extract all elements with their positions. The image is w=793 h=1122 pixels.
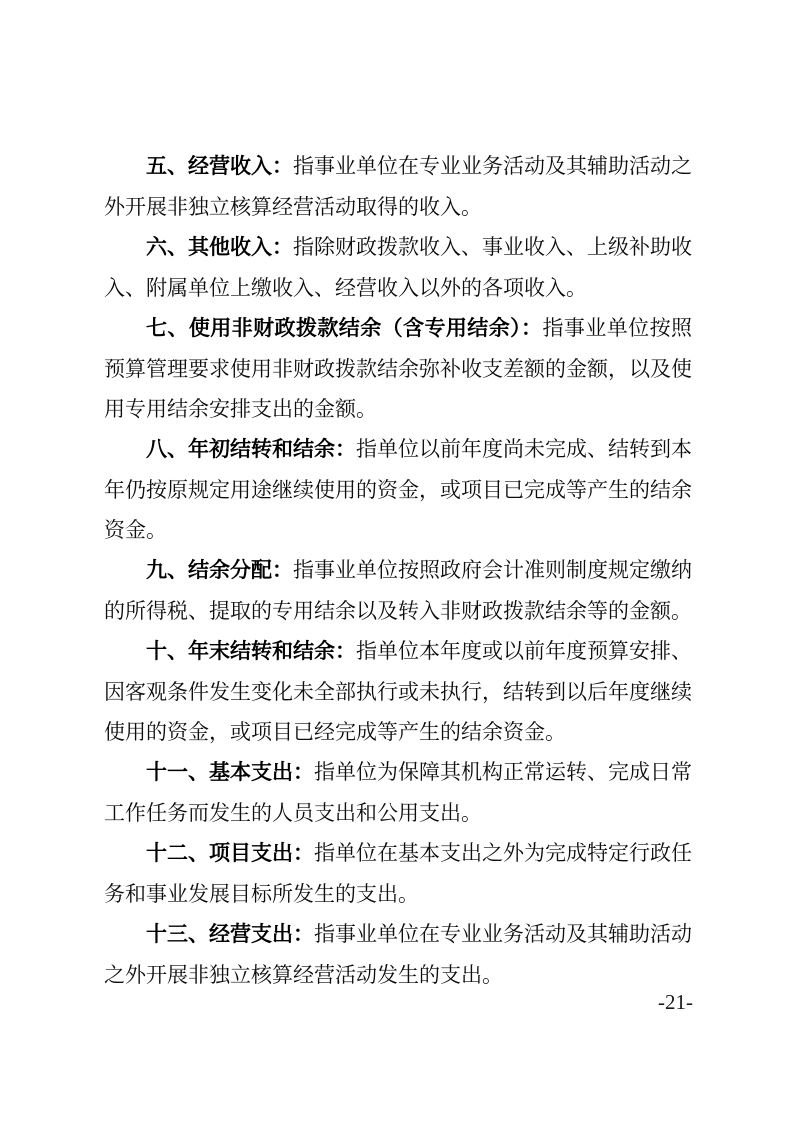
definition-paragraph: 十三、经营支出：指事业单位在专业业务活动及其辅助活动之外开展非独立核算经营活动发… bbox=[104, 914, 692, 995]
document-page: 五、经营收入：指事业单位在专业业务活动及其辅助活动之外开展非独立核算经营活动取得… bbox=[0, 0, 793, 1122]
term-label: 九、结余分配： bbox=[146, 559, 293, 582]
definition-paragraph: 七、使用非财政拨款结余（含专用结余）：指事业单位按照预算管理要求使用非财政拨款结… bbox=[104, 308, 692, 429]
term-label: 十三、经营支出： bbox=[146, 923, 314, 946]
term-label: 五、经营收入： bbox=[146, 155, 293, 178]
definition-paragraph: 十一、基本支出：指单位为保障其机构正常运转、完成日常工作任务而发生的人员支出和公… bbox=[104, 752, 692, 833]
term-label: 十一、基本支出： bbox=[146, 761, 314, 784]
term-label: 七、使用非财政拨款结余（含专用结余）： bbox=[146, 317, 542, 340]
term-label: 十二、项目支出： bbox=[146, 842, 314, 865]
term-label: 六、其他收入： bbox=[146, 236, 293, 259]
definition-paragraph: 十、年末结转和结余：指单位本年度或以前年度预算安排、因客观条件发生变化未全部执行… bbox=[104, 631, 692, 752]
definition-paragraph: 十二、项目支出：指单位在基本支出之外为完成特定行政任务和事业发展目标所发生的支出… bbox=[104, 833, 692, 914]
document-body: 五、经营收入：指事业单位在专业业务活动及其辅助活动之外开展非独立核算经营活动取得… bbox=[104, 146, 692, 995]
term-label: 八、年初结转和结余： bbox=[146, 438, 356, 461]
definition-paragraph: 八、年初结转和结余：指单位以前年度尚未完成、结转到本年仍按原规定用途继续使用的资… bbox=[104, 429, 692, 550]
definition-paragraph: 五、经营收入：指事业单位在专业业务活动及其辅助活动之外开展非独立核算经营活动取得… bbox=[104, 146, 692, 227]
definition-paragraph: 九、结余分配：指事业单位按照政府会计准则制度规定缴纳的所得税、提取的专用结余以及… bbox=[104, 550, 692, 631]
page-number: -21- bbox=[573, 990, 693, 1014]
definition-paragraph: 六、其他收入：指除财政拨款收入、事业收入、上级补助收入、附属单位上缴收入、经营收… bbox=[104, 227, 692, 308]
term-label: 十、年末结转和结余： bbox=[146, 640, 356, 663]
